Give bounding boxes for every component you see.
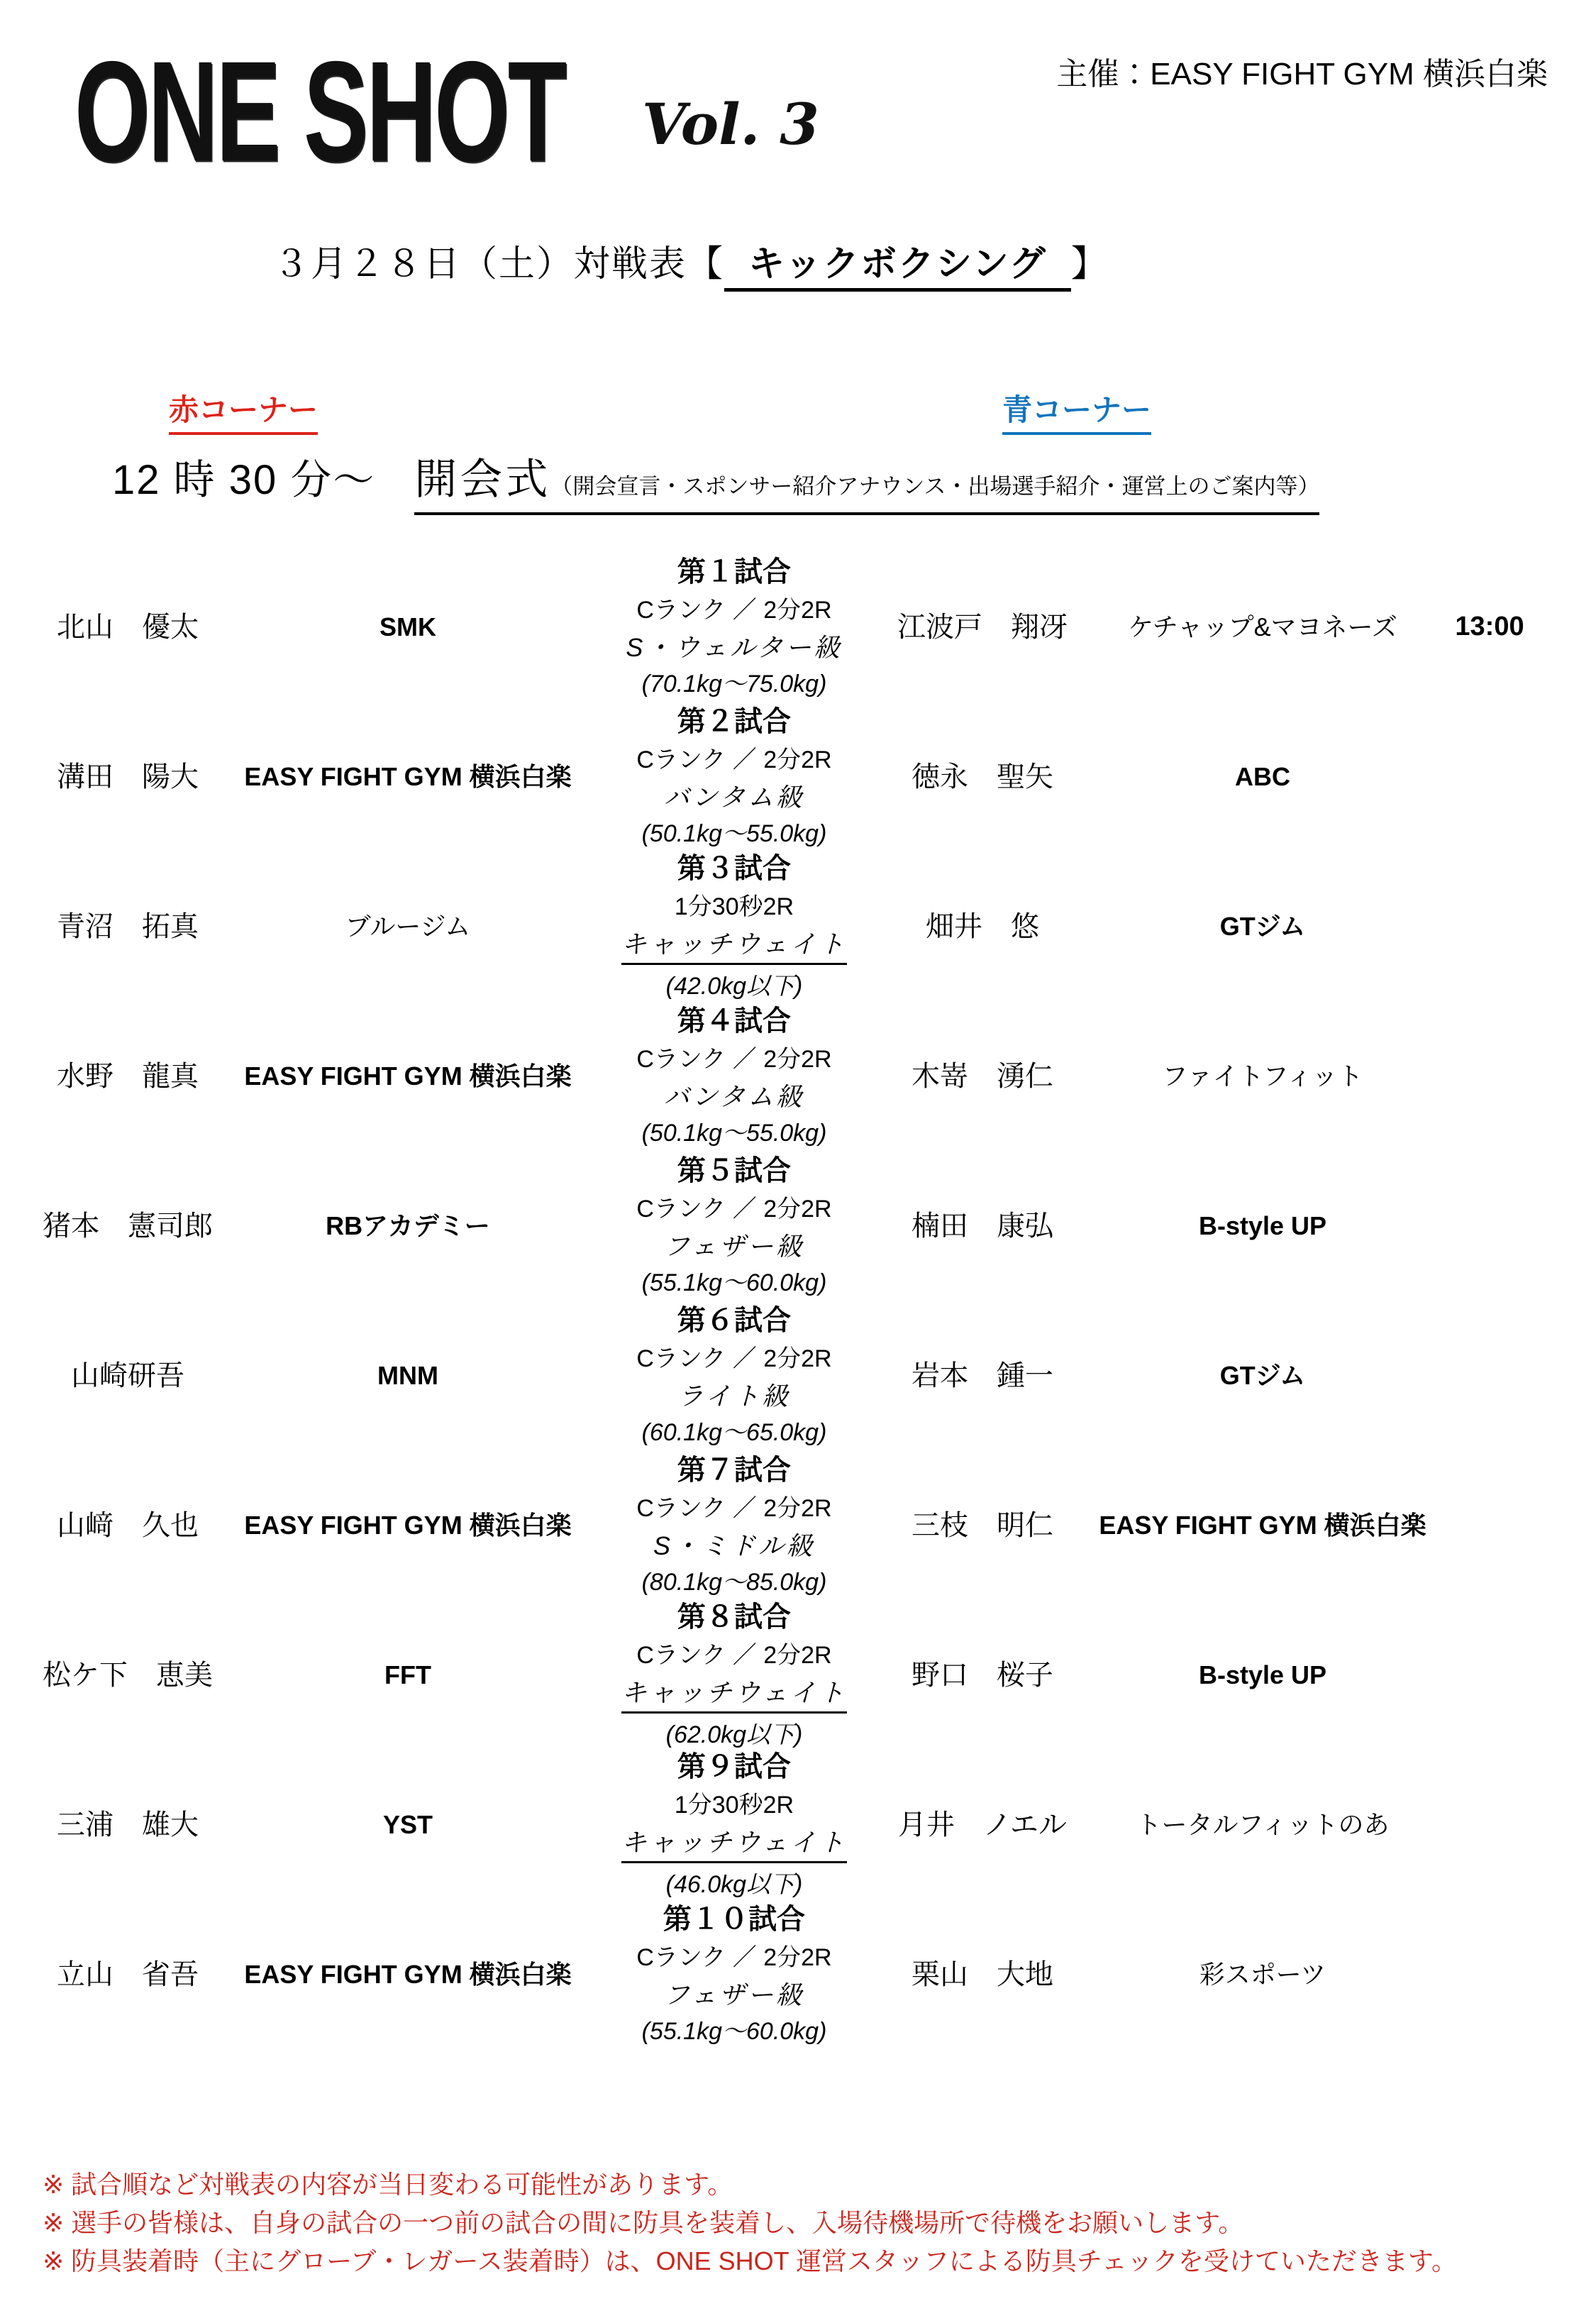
match-info: 第６試合 Cランク ／ 2分2R ライト級 (60.1kg～65.0kg) — [599, 1303, 869, 1447]
match-info: 第１試合 Cランク ／ 2分2R S・ウェルター級 (70.1kg～75.0kg… — [599, 555, 869, 699]
match-row: 松ケ下 恵美 FFT 第８試合 Cランク ／ 2分2R キャッチウェイト (62… — [0, 1600, 1596, 1750]
match-weight-class: キャッチウェイト — [621, 1827, 848, 1863]
title-suffix: 】 — [1071, 243, 1109, 284]
match-number: 第４試合 — [677, 1004, 791, 1038]
red-fighter-gym: ブルージム — [216, 911, 599, 942]
blue-fighter-name: 木嵜 湧仁 — [869, 1059, 1096, 1093]
blue-fighter-gym: GTジム — [1096, 1360, 1429, 1391]
red-fighter-gym: EASY FIGHT GYM 横浜白楽 — [216, 1510, 599, 1540]
match-number: 第６試合 — [677, 1303, 791, 1337]
footer-note-line: ※ 選手の皆様は、自身の試合の一つ前の試合の間に防具を装着し、入場待機場所で待機… — [43, 2204, 1457, 2242]
match-weight-class: S・ミドル級 — [653, 1530, 815, 1561]
red-fighter-name: 水野 龍真 — [39, 1059, 216, 1093]
match-weight-class: キャッチウェイト — [621, 929, 848, 965]
event-volume: Vol. 3 — [642, 91, 819, 158]
match-rank-rounds: Cランク ／ 2分2R — [636, 1045, 831, 1074]
blue-fighter-name: 楠田 康弘 — [869, 1209, 1096, 1243]
match-row: 山﨑 久也 EASY FIGHT GYM 横浜白楽 第７試合 Cランク ／ 2分… — [0, 1450, 1596, 1600]
match-number: 第７試合 — [677, 1453, 791, 1487]
red-fighter-name: 北山 優太 — [39, 610, 216, 644]
page-title: ３月２８日（土）対戦表【キックボクシング】 — [273, 234, 1109, 287]
match-number: 第１試合 — [677, 555, 791, 589]
match-weight-class: バンタム級 — [664, 1081, 805, 1112]
match-info: 第３試合 1分30秒2R キャッチウェイト (42.0kg以下) — [599, 851, 869, 1001]
ceremony-main: 開会式（開会宣言・スポンサー紹介アナウンス・出場選手紹介・運営上のご案内等） — [414, 446, 1319, 515]
match-weight-class: バンタム級 — [664, 782, 805, 812]
match-row: 山崎研吾 MNM 第６試合 Cランク ／ 2分2R ライト級 (60.1kg～6… — [0, 1301, 1596, 1450]
organizer-text: 主催：EASY FIGHT GYM 横浜白楽 — [1056, 48, 1548, 94]
red-fighter-name: 松ケ下 恵美 — [39, 1658, 216, 1692]
blue-fighter-name: 野口 桜子 — [869, 1658, 1096, 1692]
blue-fighter-gym: B-style UP — [1096, 1660, 1429, 1690]
match-row: 青沼 拓真 ブルージム 第３試合 1分30秒2R キャッチウェイト (42.0k… — [0, 851, 1596, 1001]
match-weight-range: (70.1kg～75.0kg) — [642, 670, 827, 699]
match-weight-range: (62.0kg以下) — [666, 1721, 803, 1750]
match-weight-range: (80.1kg～85.0kg) — [642, 1568, 827, 1597]
red-fighter-name: 三浦 雄大 — [39, 1808, 216, 1842]
blue-fighter-name: 栗山 大地 — [869, 1958, 1096, 1992]
blue-fighter-name: 月井 ノエル — [869, 1808, 1096, 1842]
ceremony-detail: （開会宣言・スポンサー紹介アナウンス・出場選手紹介・運営上のご案内等） — [550, 474, 1319, 499]
match-info: 第５試合 Cランク ／ 2分2R フェザー級 (55.1kg～60.0kg) — [599, 1154, 869, 1298]
blue-fighter-name: 三枝 明仁 — [869, 1508, 1096, 1543]
red-fighter-name: 山崎研吾 — [39, 1359, 216, 1393]
fight-card-page: ONE SHOT Vol. 3 主催：EASY FIGHT GYM 横浜白楽 ３… — [0, 0, 1596, 2306]
match-row: 水野 龍真 EASY FIGHT GYM 横浜白楽 第４試合 Cランク ／ 2分… — [0, 1001, 1596, 1151]
blue-fighter-gym: ABC — [1096, 761, 1429, 792]
match-info: 第８試合 Cランク ／ 2分2R キャッチウェイト (62.0kg以下) — [599, 1600, 869, 1750]
red-fighter-gym: RBアカデミー — [216, 1210, 599, 1241]
title-discipline: キックボクシング — [724, 243, 1071, 292]
match-rank-rounds: Cランク ／ 2分2R — [636, 1641, 831, 1670]
match-rank-rounds: Cランク ／ 2分2R — [636, 746, 831, 775]
title-prefix: ３月２８日（土）対戦表【 — [273, 243, 724, 284]
blue-fighter-gym: EASY FIGHT GYM 横浜白楽 — [1096, 1510, 1429, 1540]
blue-fighter-name: 徳永 聖矢 — [869, 760, 1096, 794]
blue-fighter-gym: 彩スポーツ — [1096, 1959, 1429, 1990]
match-weight-range: (50.1kg～55.0kg) — [642, 820, 827, 849]
red-fighter-gym: SMK — [216, 612, 599, 642]
footer-note-line: ※ 試合順など対戦表の内容が当日変わる可能性があります。 — [43, 2166, 1457, 2204]
match-row: 立山 省吾 EASY FIGHT GYM 横浜白楽 第１０試合 Cランク ／ 2… — [0, 1899, 1596, 2049]
red-fighter-name: 猪本 憲司郎 — [39, 1209, 216, 1243]
match-weight-range: (42.0kg以下) — [666, 972, 803, 1001]
blue-fighter-gym: ケチャップ&マヨネーズ — [1096, 612, 1429, 642]
match-number: 第３試合 — [677, 851, 791, 886]
match-rank-rounds: Cランク ／ 2分2R — [636, 1345, 831, 1374]
match-weight-class: キャッチウェイト — [621, 1677, 848, 1714]
red-fighter-name: 溝田 陽大 — [39, 760, 216, 794]
red-fighter-gym: MNM — [216, 1360, 599, 1391]
blue-fighter-name: 岩本 鍾一 — [869, 1359, 1096, 1393]
red-fighter-name: 立山 省吾 — [39, 1958, 216, 1992]
red-fighter-name: 山﨑 久也 — [39, 1508, 216, 1543]
red-fighter-gym: YST — [216, 1809, 599, 1840]
match-rank-rounds: Cランク ／ 2分2R — [636, 1494, 831, 1523]
match-info: 第４試合 Cランク ／ 2分2R バンタム級 (50.1kg～55.0kg) — [599, 1004, 869, 1148]
match-row: 猪本 憲司郎 RBアカデミー 第５試合 Cランク ／ 2分2R フェザー級 (5… — [0, 1151, 1596, 1301]
match-table: 北山 優太 SMK 第１試合 Cランク ／ 2分2R S・ウェルター級 (70.… — [0, 552, 1596, 2049]
red-fighter-gym: EASY FIGHT GYM 横浜白楽 — [216, 1959, 599, 1990]
match-row: 三浦 雄大 YST 第９試合 1分30秒2R キャッチウェイト (46.0kg以… — [0, 1750, 1596, 1899]
match-number: 第８試合 — [677, 1600, 791, 1634]
blue-corner-label: 青コーナー — [1002, 387, 1151, 435]
match-number: 第９試合 — [677, 1750, 791, 1784]
match-rank-rounds: Cランク ／ 2分2R — [636, 596, 831, 625]
footer-note-line: ※ 防具装着時（主にグローブ・レガース装着時）は、ONE SHOT 運営スタッフ… — [43, 2242, 1457, 2280]
match-rank-rounds: Cランク ／ 2分2R — [636, 1943, 831, 1973]
blue-fighter-gym: ファイトフィット — [1096, 1061, 1429, 1091]
blue-fighter-gym: トータルフィットのあ — [1096, 1809, 1429, 1840]
blue-fighter-name: 畑井 悠 — [869, 910, 1096, 944]
ceremony-label: 開会式 — [414, 456, 550, 503]
blue-fighter-gym: B-style UP — [1096, 1210, 1429, 1241]
red-fighter-name: 青沼 拓真 — [39, 910, 216, 944]
red-fighter-gym: EASY FIGHT GYM 横浜白楽 — [216, 1061, 599, 1091]
match-weight-class: S・ウェルター級 — [626, 632, 842, 663]
footer-notes: ※ 試合順など対戦表の内容が当日変わる可能性があります。※ 選手の皆様は、自身の… — [43, 2166, 1457, 2280]
match-weight-class: フェザー級 — [664, 1231, 804, 1262]
match-start-time: 13:00 — [1429, 611, 1550, 644]
match-info: 第１０試合 Cランク ／ 2分2R フェザー級 (55.1kg～60.0kg) — [599, 1902, 869, 2046]
match-weight-range: (55.1kg～60.0kg) — [642, 2017, 827, 2046]
opening-ceremony-line: 12 時 30 分～開会式（開会宣言・スポンサー紹介アナウンス・出場選手紹介・運… — [112, 446, 1319, 515]
match-number: 第５試合 — [677, 1154, 791, 1188]
match-weight-range: (60.1kg～65.0kg) — [642, 1418, 827, 1447]
blue-fighter-name: 江波戸 翔冴 — [869, 610, 1096, 644]
event-logo: ONE SHOT — [74, 30, 565, 194]
match-rank-rounds: Cランク ／ 2分2R — [636, 1195, 831, 1224]
match-info: 第７試合 Cランク ／ 2分2R S・ミドル級 (80.1kg～85.0kg) — [599, 1453, 869, 1597]
match-number: 第１０試合 — [663, 1902, 805, 1936]
match-number: 第２試合 — [677, 705, 791, 739]
blue-fighter-gym: GTジム — [1096, 911, 1429, 942]
match-weight-class: フェザー級 — [664, 1980, 804, 2010]
match-row: 北山 優太 SMK 第１試合 Cランク ／ 2分2R S・ウェルター級 (70.… — [0, 552, 1596, 702]
match-info: 第２試合 Cランク ／ 2分2R バンタム級 (50.1kg～55.0kg) — [599, 705, 869, 849]
red-corner-label: 赤コーナー — [169, 387, 318, 435]
ceremony-time: 12 時 30 分～ — [112, 457, 375, 503]
red-fighter-gym: FFT — [216, 1660, 599, 1690]
match-rank-rounds: 1分30秒2R — [675, 893, 794, 922]
match-weight-range: (46.0kg以下) — [666, 1870, 803, 1899]
match-info: 第９試合 1分30秒2R キャッチウェイト (46.0kg以下) — [599, 1750, 869, 1899]
match-weight-range: (50.1kg～55.0kg) — [642, 1119, 827, 1148]
match-weight-class: ライト級 — [678, 1381, 791, 1411]
match-row: 溝田 陽大 EASY FIGHT GYM 横浜白楽 第２試合 Cランク ／ 2分… — [0, 702, 1596, 851]
match-rank-rounds: 1分30秒2R — [675, 1791, 794, 1820]
match-weight-range: (55.1kg～60.0kg) — [642, 1269, 827, 1298]
red-fighter-gym: EASY FIGHT GYM 横浜白楽 — [216, 761, 599, 792]
